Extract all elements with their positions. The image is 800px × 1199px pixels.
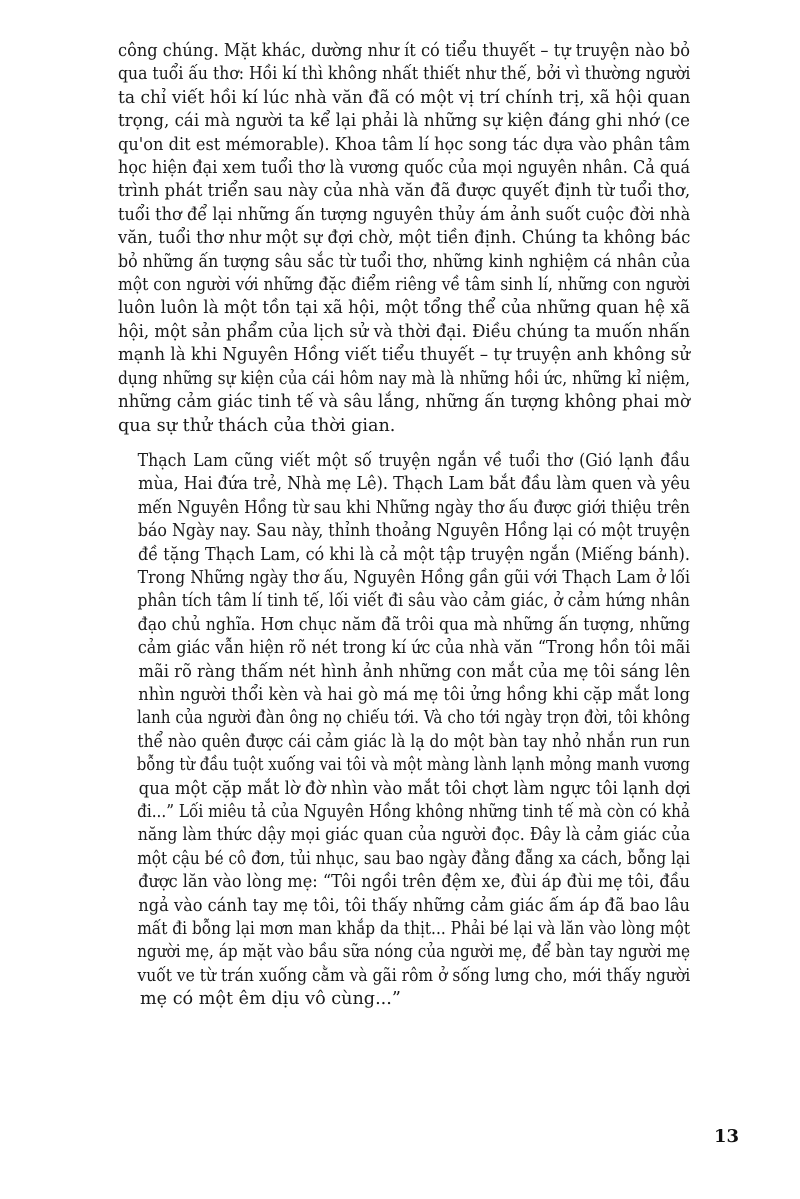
text-line: một con người với những đặc điểm riêng v… [118,274,690,297]
text-line: văn, tuổi thơ như một sự đợi chờ, một ti… [118,227,690,250]
text-line: mạnh là khi Nguyên Hồng viết tiểu thuyết… [118,344,690,367]
text-line: đi...” Lối miêu tả của Nguyên Hồng không… [118,801,690,824]
text-line: bỏ những ấn tượng sâu sắc từ tuổi thơ, n… [118,251,690,274]
text-line: mẹ có một êm dịu vô cùng...” [118,988,690,1011]
text-line: công chúng. Mặt khác, dường như ít có ti… [118,40,690,63]
text-line: đạo chủ nghĩa. Hơn chục năm đã trôi qua … [118,614,690,637]
text-line: Thạch Lam cũng viết một số truyện ngắn v… [118,450,690,473]
text-line: mùa, Hai đứa trẻ, Nhà mẹ Lê). Thạch Lam … [118,473,690,496]
page-number: 13 [714,1126,739,1147]
text-line: trọng, cái mà người ta kể lại phải là nh… [118,110,690,133]
text-line: qua tuổi ấu thơ: Hồi kí thì không nhất t… [118,63,690,86]
text-line: người mẹ, áp mặt vào bầu sữa nóng của ng… [118,941,690,964]
text-line: ngả vào cánh tay mẹ tôi, tôi thấy những … [118,895,690,918]
text-line: Trong Những ngày thơ ấu, Nguyên Hồng gần… [118,567,690,590]
text-line: báo Ngày nay. Sau này, thỉnh thoảng Nguy… [118,520,690,543]
paragraph-2: Thạch Lam cũng viết một số truyện ngắn v… [118,450,690,1012]
text-line: mãi rõ ràng thấm nét hình ảnh những con … [118,661,690,684]
text-line: cảm giác vẫn hiện rõ nét trong kí ức của… [118,637,690,660]
text-line: bỗng từ đầu tuột xuống vai tôi và một mà… [118,754,690,777]
text-line: thể nào quên được cái cảm giác là lạ do … [118,731,690,754]
text-line: một cậu bé cô đơn, tủi nhục, sau bao ngà… [118,848,690,871]
text-line: những cảm giác tinh tế và sâu lắng, nhữn… [118,391,690,414]
text-line: qu'on dit est mémorable). Khoa tâm lí họ… [118,134,690,157]
text-line: vuốt ve từ trán xuống cằm và gãi rôm ở s… [118,965,690,988]
text-line: dụng những sự kiện của cái hôm nay mà là… [118,368,690,391]
text-line: qua một cặp mắt lờ đờ nhìn vào mắt tôi c… [118,778,690,801]
text-line: luôn luôn là một tồn tại xã hội, một tổn… [118,297,690,320]
text-line: mến Nguyên Hồng từ sau khi Những ngày th… [118,497,690,520]
text-line: nhìn người thổi kèn và hai gò má mẹ tôi … [118,684,690,707]
text-line: đề tặng Thạch Lam, có khi là cả một tập … [118,544,690,567]
text-line: trình phát triển sau này của nhà văn đã … [118,180,690,203]
text-line: học hiện đại xem tuổi thơ là vương quốc … [118,157,690,180]
text-line: mất đi bỗng lại mơn man khắp da thịt... … [118,918,690,941]
text-line: năng làm thức dậy mọi giác quan của ngườ… [118,824,690,847]
text-line: hội, một sản phẩm của lịch sử và thời đạ… [118,321,690,344]
text-line: tuổi thơ để lại những ấn tượng nguyên th… [118,204,690,227]
text-line: phân tích tâm lí tinh tế, lối viết đi sâ… [118,590,690,613]
text-line: qua sự thử thách của thời gian. [118,415,690,438]
paragraph-1: công chúng. Mặt khác, dường như ít có ti… [118,40,690,438]
text-line: ta chỉ viết hồi kí lúc nhà văn đã có một… [118,87,690,110]
text-line: được lăn vào lòng mẹ: “Tôi ngồi trên đệm… [118,871,690,894]
page-body: công chúng. Mặt khác, dường như ít có ti… [118,40,690,1012]
text-line: lanh của người đàn ông nọ chiếu tới. Và … [118,707,690,730]
